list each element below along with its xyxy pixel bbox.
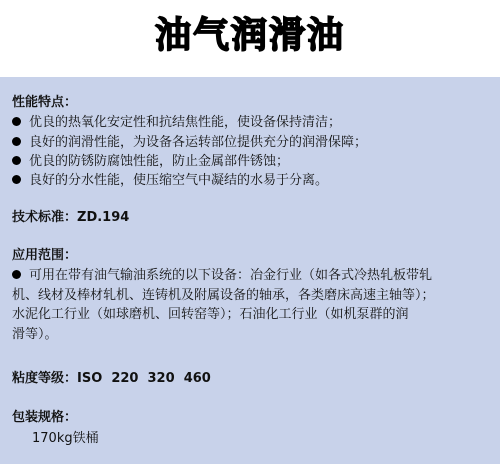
feature-text: 优良的热氧化安定性和抗结焦性能，使设备保持清洁；: [29, 115, 341, 130]
packaging-value: 170kg铁桶: [32, 430, 99, 448]
viscosity-value: ISO 220 320 460: [77, 371, 211, 386]
feature-text: 良好的润滑性能，为设备各运转部位提供充分的润滑保障；: [29, 135, 367, 150]
feature-item: 良好的分水性能，使压缩空气中凝结的水易于分离。: [12, 171, 328, 190]
viscosity-label: 粘度等级：: [12, 371, 77, 386]
bullet-icon: [12, 137, 21, 146]
title-area: 油气润滑油: [0, 0, 500, 77]
feature-item: 良好的润滑性能，为设备各运转部位提供充分的润滑保障；: [12, 133, 367, 152]
bullet-icon: [12, 270, 21, 279]
page-title: 油气润滑油: [0, 14, 500, 58]
feature-text: 良好的分水性能，使压缩空气中凝结的水易于分离。: [29, 173, 328, 188]
bullet-icon: [12, 175, 21, 184]
standard-label: 技术标准：: [12, 210, 77, 225]
application-line: 可用在带有油气输油系统的以下设备：冶金行业（如各式冷热轧板带轧: [12, 266, 490, 286]
application-line: 机、线材及棒材轧机、连铸机及附属设备的轴承，各类磨床高速主轴等）；: [12, 286, 490, 306]
bullet-icon: [12, 117, 21, 126]
feature-text: 优良的防锈防腐蚀性能，防止金属部件锈蚀；: [29, 154, 289, 169]
feature-item: 优良的防锈防腐蚀性能，防止金属部件锈蚀；: [12, 152, 289, 171]
bullet-icon: [12, 156, 21, 165]
spec-panel: 性能特点： 优良的热氧化安定性和抗结焦性能，使设备保持清洁； 良好的润滑性能，为…: [0, 77, 500, 464]
feature-item: 优良的热氧化安定性和抗结焦性能，使设备保持清洁；: [12, 113, 341, 132]
application-line: 滑等）。: [12, 325, 490, 345]
packaging-heading: 包装规格：: [12, 409, 77, 427]
viscosity-row: 粘度等级：ISO 220 320 460: [12, 370, 211, 388]
application-line: 水泥化工行业（如球磨机、回转窑等）；石油化工行业（如机泵群的润: [12, 305, 490, 325]
features-heading: 性能特点：: [12, 94, 77, 112]
standard-value: ZD.194: [77, 210, 129, 225]
application-heading: 应用范围：: [12, 247, 77, 265]
application-text: 可用在带有油气输油系统的以下设备：冶金行业（如各式冷热轧板带轧 机、线材及棒材轧…: [12, 266, 490, 344]
standard-row: 技术标准：ZD.194: [12, 209, 129, 227]
